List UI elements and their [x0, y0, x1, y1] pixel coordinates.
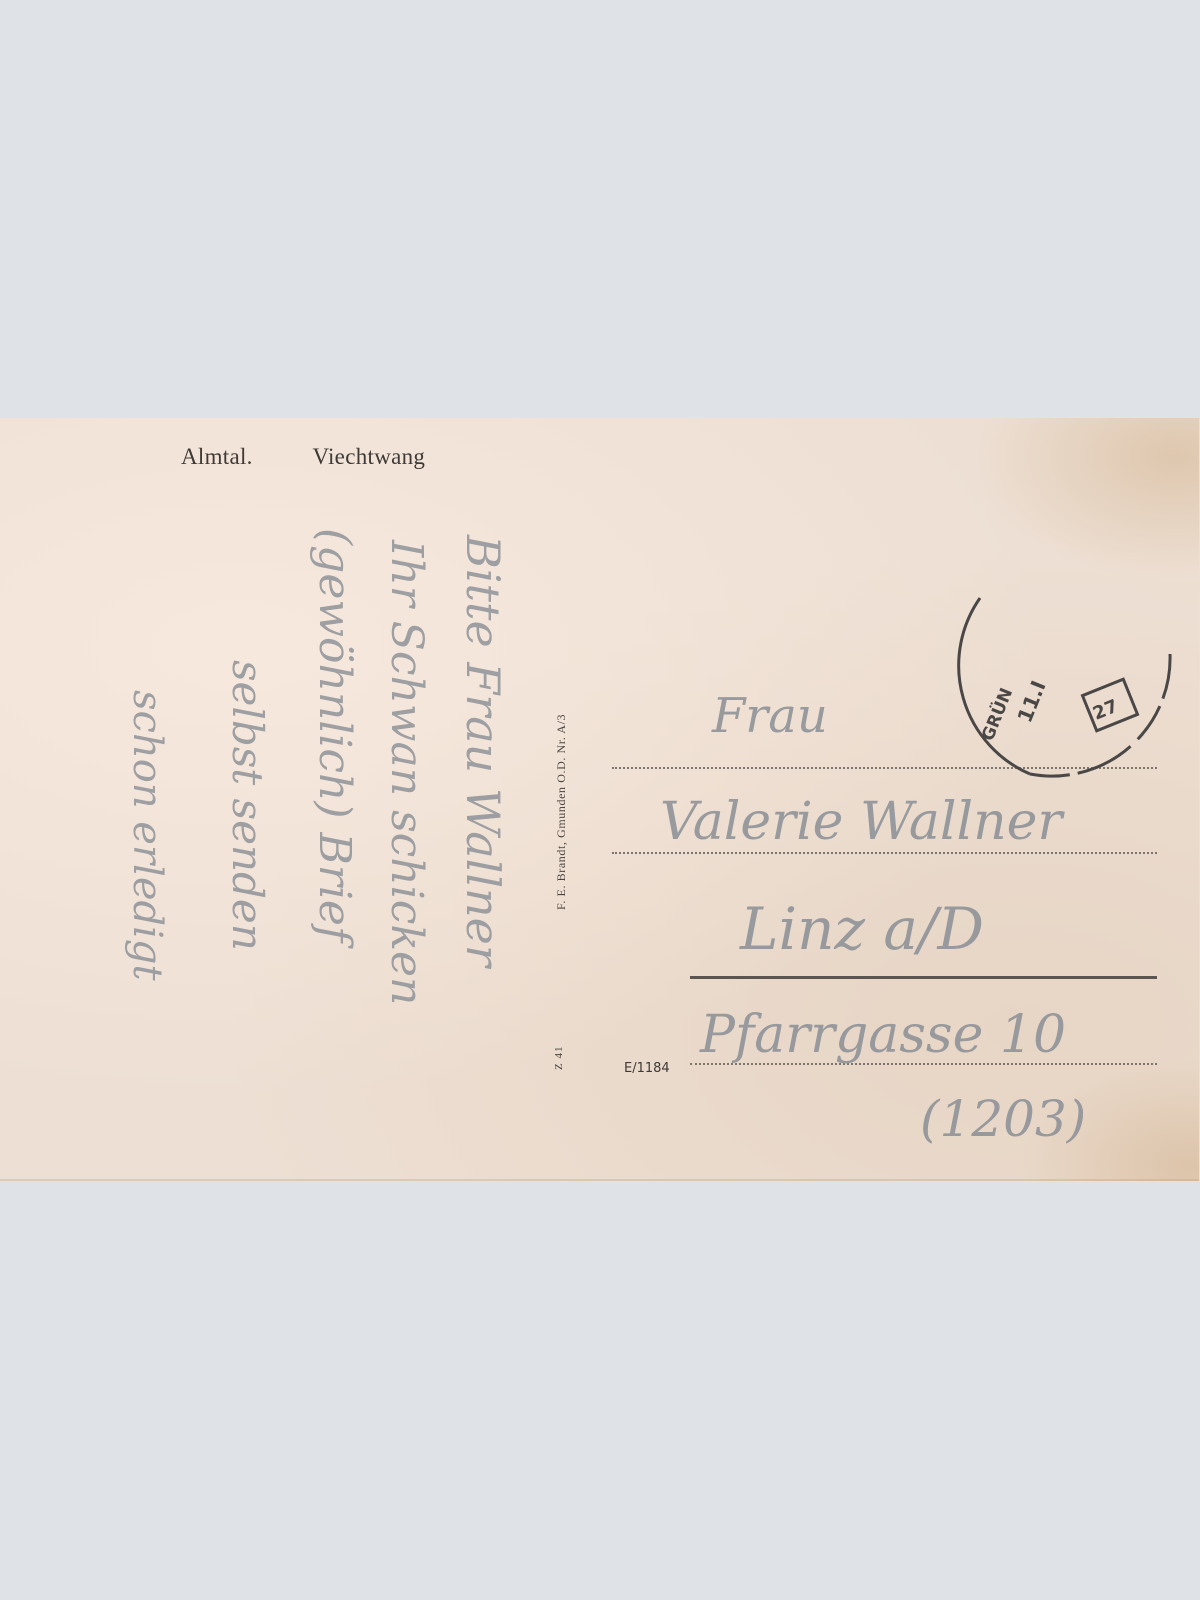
address-town: Linz a/D	[740, 895, 984, 963]
series-code: Z 41	[553, 1046, 565, 1070]
address-name: Valerie Wallner	[660, 792, 1062, 852]
postmark-icon: GRÜN 11.I 27	[940, 594, 1180, 784]
svg-text:11.I: 11.I	[1012, 677, 1050, 726]
address-street: Pfarrgasse 10	[700, 1005, 1066, 1065]
message-line-1: Bitte Frau Wallner	[456, 535, 510, 967]
svg-text:27: 27	[1090, 696, 1121, 725]
message-line-2: Ihr Schwan schicken	[381, 540, 432, 1005]
address-salutation: Frau	[712, 688, 828, 744]
message-line-4: selbst senden	[223, 660, 272, 951]
address-note: (1203)	[920, 1090, 1086, 1148]
address-line-2	[612, 852, 1157, 854]
message-line-5: schon erledigt	[124, 690, 170, 981]
message-line-3: (gewöhnlich) Brief	[309, 528, 360, 942]
postcard-caption: Almtal. Viechtwang	[181, 444, 425, 470]
publisher-imprint: F. E. Brandt, Gmunden O.D. Nr. A/3	[554, 580, 569, 910]
address-line-3-solid	[690, 976, 1157, 979]
card-number: E/1184	[624, 1061, 670, 1076]
svg-text:GRÜN: GRÜN	[976, 685, 1017, 744]
